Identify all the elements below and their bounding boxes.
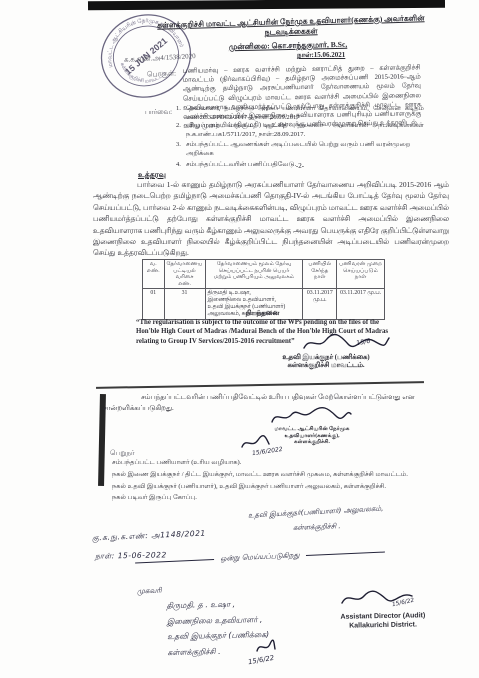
reference-item-1: 1. செயலாளர், தமிழ்நாடு அரசுப் பணியாளர் த… xyxy=(176,105,424,122)
signature-scribble-1 xyxy=(300,332,392,354)
scanned-document-page: { "stamp": { "ring_top": "மாவட்ட ஆட்சியர… xyxy=(0,0,479,678)
cell-regularisation-date: 03.11.2017 மு.ப. xyxy=(337,289,385,319)
signatory1-district: கள்ளக்குறிச்சி மாவட்டம். xyxy=(258,362,394,370)
cell-selection-list-no: 31 xyxy=(164,289,205,319)
recipient-item-1: சம்பந்தப்பட்ட பணியாளர் (உரிய வழியாக). xyxy=(112,459,424,467)
references-list: 1. செயலாளர், தமிழ்நாடு அரசுப் பணியாளர் த… xyxy=(176,105,424,169)
signature-scribble-2 xyxy=(268,404,354,428)
recipients-label: பெறுநர் xyxy=(110,449,135,458)
audit-designation: Assistant Director (Audit) Kallakurichi … xyxy=(322,612,444,631)
signatory2-line1: மாவட்ட ஆட்சியரின் நேர்முக xyxy=(266,426,358,433)
attestation-dash-right xyxy=(305,551,384,555)
signatory2-line3: கள்ளக்குறிச்சி. xyxy=(266,439,358,446)
page-edge-line xyxy=(96,381,424,389)
bottom-initial-scribble xyxy=(252,638,278,656)
recipients-list: சம்பந்தப்பட்ட பணியாளர் (உரிய வழியாக). நக… xyxy=(112,459,424,502)
reference-number: 2. xyxy=(176,122,186,139)
reference-number: 4. xyxy=(176,161,186,170)
handwritten-ref-number: கு.க.நு.க.எண்: அ1148/2021 xyxy=(92,529,206,544)
attestation-dash-left xyxy=(135,558,214,562)
col-selection-list-no: தேர்வாணைய பட்டியல் வரிசை எண். xyxy=(164,260,205,289)
col-serial-no: வ. எண். xyxy=(143,260,165,289)
handwritten-office-line2: கள்ளக்குறிச்சி . xyxy=(293,522,341,533)
signatory1-title: உதவி இயக்குநர் (பணிக்கை) xyxy=(258,354,394,362)
reference-text: விழுப்புரம் மாவட்ட ஆட்சித் தலைவர் அவர்கள… xyxy=(186,122,424,139)
condition-heading: நிபந்தனை xyxy=(210,309,315,318)
presence-line: முன்னிலை: கொ.சாந்தகுமார், B.Sc, xyxy=(158,38,418,53)
certification-text: சம்பந்தப்பட்டவரின் பணிப்பதிவேட்டில் உரிய… xyxy=(103,392,425,414)
page-separator: -2- xyxy=(250,162,350,170)
reference-item-3: 3. சம்பந்தப்பட்ட ஆவணங்கள் அடிப்படையில் ப… xyxy=(176,141,424,158)
order-date: நாள்:15.06.2021 xyxy=(297,51,345,60)
references-label: பார்வை: xyxy=(145,108,172,117)
col-name-office: தேர்வாணையம் மூலம் தேர்வு செய்யப்பட்ட நபர… xyxy=(205,260,303,289)
recipient-item-3: நகல் உதவி இயக்குநர் (பணியாளர்), உதவி இயக… xyxy=(112,483,424,491)
reference-number: 3. xyxy=(176,141,186,158)
signatory1-designation: உதவி இயக்குநர் (பணிக்கை) கள்ளக்குறிச்சி … xyxy=(258,354,394,371)
recipient-item-4: நகல் படிவர் இருப்பு கோப்பு. xyxy=(112,494,424,502)
reference-text: செயலாளர், தமிழ்நாடு அரசுப் பணியாளர் தேர்… xyxy=(186,105,424,122)
col-regularisation-date: பணிவரன் முறை செய்யப்படும் நாள் xyxy=(337,260,385,289)
signatory2-designation: மாவட்ட ஆட்சியரின் நேர்முக உதவியாளர்(கணக்… xyxy=(266,426,358,446)
attestation-line: ஒன்று மெய்யப்படுகிறது xyxy=(135,547,385,568)
order-body: பார்வை 1-ல் காணும் தமிழ்நாடு அரசுப்பணியா… xyxy=(93,179,449,259)
table-header-row: வ. எண். தேர்வாணைய பட்டியல் வரிசை எண். தே… xyxy=(143,260,385,289)
col-joining-date: பணியில் சேர்ந்த நாள் xyxy=(303,260,337,289)
cell-serial-no: 01 xyxy=(143,289,165,319)
attestation-text: ஒன்று மெய்யப்படுகிறது xyxy=(220,550,299,563)
subject-label: பொருள்: xyxy=(147,69,176,79)
address-label: முகவரி xyxy=(137,586,162,597)
reference-text: சம்பந்தப்பட்ட ஆவணங்கள் அடிப்படையில் பெற்… xyxy=(186,141,424,158)
recipient-item-2: நகல் இணை இயக்குநர் / திட்ட இயக்குநர், மா… xyxy=(112,471,424,479)
reference-number: 1. xyxy=(176,105,186,122)
handwritten-office-line1: உதவி இயக்குநர்(பணியாளர்) அலுவலகம், xyxy=(248,504,384,520)
reference-item-2: 2. விழுப்புரம் மாவட்ட ஆட்சித் தலைவர் அவர… xyxy=(176,122,424,139)
